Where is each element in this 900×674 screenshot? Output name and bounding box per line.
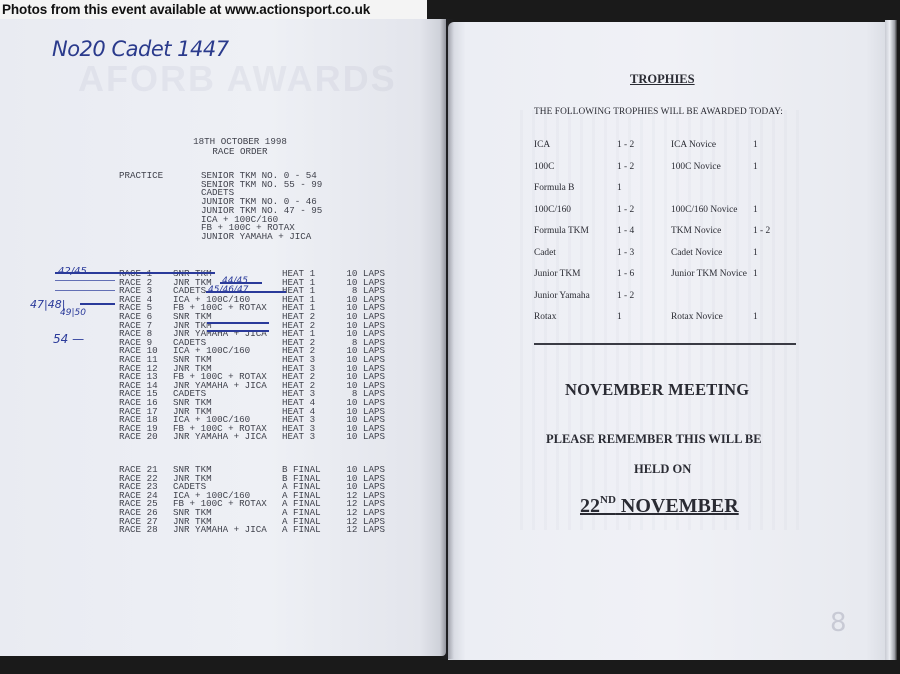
inline-note: 45/46/47 bbox=[208, 285, 248, 295]
race-row: RACE 11SNR TKMHEAT 310 LAPS bbox=[119, 356, 385, 365]
novice-places: 1 bbox=[753, 140, 758, 150]
novice-places: 1 bbox=[753, 162, 758, 172]
race-number: RACE 20 bbox=[119, 433, 173, 442]
race-laps: 12 LAPS bbox=[337, 526, 385, 535]
watermark-banner: Photos from this event available at www.… bbox=[0, 0, 427, 19]
practice-label: PRACTICE bbox=[119, 172, 163, 180]
race-heat: HEAT 3 bbox=[282, 433, 337, 442]
strike-line bbox=[80, 303, 115, 305]
trophy-places: 1 - 6 bbox=[617, 269, 634, 279]
trophy-class: Formula TKM bbox=[534, 226, 589, 236]
finals-table: RACE 21SNR TKMB FINAL10 LAPSRACE 22JNR T… bbox=[119, 466, 385, 535]
race-row: RACE 23CADETSA FINAL10 LAPS bbox=[119, 483, 385, 492]
margin-line bbox=[55, 280, 115, 281]
race-order-header: 18TH OCTOBER 1998 RACE ORDER bbox=[190, 137, 290, 156]
trophy-class: 100C bbox=[534, 162, 554, 172]
trophies-intro: THE FOLLOWING TROPHIES WILL BE AWARDED T… bbox=[534, 107, 783, 117]
novice-places: 1 bbox=[753, 248, 758, 258]
margin-line bbox=[55, 290, 115, 291]
novice-places: 1 bbox=[753, 205, 758, 215]
novice-class: Junior TKM Novice bbox=[671, 269, 747, 279]
race-row: RACE 25FB + 100C + ROTAXA FINAL12 LAPS bbox=[119, 500, 385, 509]
race-number: RACE 28 bbox=[119, 526, 173, 535]
trophy-places: 1 - 3 bbox=[617, 248, 634, 258]
race-class: JNR YAMAHA + JICA bbox=[173, 526, 282, 535]
novice-class: Rotax Novice bbox=[671, 312, 723, 322]
novice-class: 100C/160 Novice bbox=[671, 205, 737, 215]
page-edges bbox=[885, 20, 897, 660]
meeting-reminder-line1: PLEASE REMEMBER THIS WILL BE bbox=[546, 432, 762, 447]
handwritten-note: No20 Cadet 1447 bbox=[52, 37, 229, 61]
practice-sessions: SENIOR TKM NO. 0 - 54 SENIOR TKM NO. 55 … bbox=[201, 172, 322, 242]
race-row: RACE 10ICA + 100C/160HEAT 210 LAPS bbox=[119, 347, 385, 356]
strike-line bbox=[55, 272, 215, 274]
race-row: RACE 26SNR TKMA FINAL12 LAPS bbox=[119, 509, 385, 518]
race-laps: 10 LAPS bbox=[337, 433, 385, 442]
race-order-title: RACE ORDER bbox=[190, 147, 290, 157]
novice-places: 1 bbox=[753, 269, 758, 279]
practice-session: JUNIOR YAMAHA + JICA bbox=[201, 233, 322, 242]
novice-class: TKM Novice bbox=[671, 226, 721, 236]
race-heat: A FINAL bbox=[282, 526, 337, 535]
trophy-class: Junior Yamaha bbox=[534, 291, 590, 301]
margin-note: 49|50 bbox=[60, 308, 86, 318]
race-row: RACE 20JNR YAMAHA + JICAHEAT 310 LAPS bbox=[119, 433, 385, 442]
trophy-class: ICA bbox=[534, 140, 550, 150]
trophy-places: 1 bbox=[617, 312, 622, 322]
trophy-places: 1 - 2 bbox=[617, 140, 634, 150]
trophy-class: Cadet bbox=[534, 248, 556, 258]
race-row: RACE 14JNR YAMAHA + JICAHEAT 210 LAPS bbox=[119, 382, 385, 391]
meeting-title: NOVEMBER MEETING bbox=[565, 380, 749, 400]
trophy-places: 1 - 2 bbox=[617, 162, 634, 172]
meeting-date-suffix: ND bbox=[600, 494, 616, 506]
novice-class: ICA Novice bbox=[671, 140, 716, 150]
heats-table: RACE 1SNR TKMHEAT 110 LAPSRACE 2JNR TKMH… bbox=[119, 270, 385, 442]
show-through-ghost-text: AFORB AWARDS bbox=[78, 58, 397, 100]
meeting-date: 22ND NOVEMBER bbox=[580, 494, 739, 518]
trophy-class: Junior TKM bbox=[534, 269, 580, 279]
strike-line bbox=[207, 322, 269, 324]
margin-note: 54 — bbox=[53, 332, 84, 346]
race-row: RACE 16SNR TKMHEAT 410 LAPS bbox=[119, 399, 385, 408]
trophy-class: Rotax bbox=[534, 312, 556, 322]
race-row: RACE 21SNR TKMB FINAL10 LAPS bbox=[119, 466, 385, 475]
strike-line bbox=[220, 282, 262, 284]
book-spine-shadow bbox=[440, 19, 454, 659]
race-row: RACE 17JNR TKMHEAT 410 LAPS bbox=[119, 408, 385, 417]
trophy-places: 1 - 2 bbox=[617, 205, 634, 215]
trophy-class: Formula B bbox=[534, 183, 574, 193]
race-row: RACE 22JNR TKMB FINAL10 LAPS bbox=[119, 475, 385, 484]
race-row: RACE 6SNR TKMHEAT 210 LAPS bbox=[119, 313, 385, 322]
race-row: RACE 28JNR YAMAHA + JICAA FINAL12 LAPS bbox=[119, 526, 385, 535]
meeting-date-month: NOVEMBER bbox=[616, 495, 739, 517]
trophy-class: 100C/160 bbox=[534, 205, 571, 215]
trophy-places: 1 bbox=[617, 183, 622, 193]
race-row: RACE 5FB + 100C + ROTAXHEAT 110 LAPS bbox=[119, 304, 385, 313]
novice-places: 1 bbox=[753, 312, 758, 322]
meeting-date-day: 22 bbox=[580, 495, 600, 517]
novice-class: Cadet Novice bbox=[671, 248, 722, 258]
race-class: JNR YAMAHA + JICA bbox=[173, 433, 282, 442]
strike-line bbox=[206, 291, 286, 293]
meeting-reminder-line2: HELD ON bbox=[634, 462, 691, 477]
page-number-mark: 8 bbox=[830, 608, 847, 638]
strike-line bbox=[207, 330, 269, 332]
section-divider bbox=[534, 343, 796, 345]
trophy-places: 1 - 4 bbox=[617, 226, 634, 236]
race-row: RACE 15CADETSHEAT 38 LAPS bbox=[119, 390, 385, 399]
trophies-title: TROPHIES bbox=[630, 72, 695, 87]
novice-places: 1 - 2 bbox=[753, 226, 770, 236]
novice-class: 100C Novice bbox=[671, 162, 721, 172]
trophy-places: 1 - 2 bbox=[617, 291, 634, 301]
race-row: RACE 9CADETSHEAT 28 LAPS bbox=[119, 339, 385, 348]
